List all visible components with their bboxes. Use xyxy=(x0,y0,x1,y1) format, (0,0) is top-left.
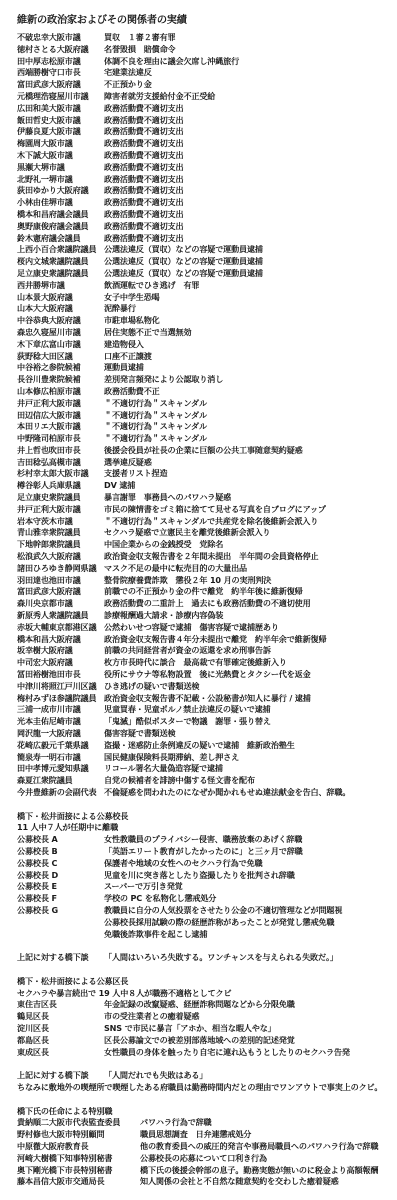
list-item: 鈴木憲府議会議員政務活動費不適切支出 xyxy=(17,233,393,245)
incident-description: 公選法違反（買収）などの容疑で運動員逮捕 xyxy=(104,256,393,268)
appointees-section: 橋下氏の任命による特別職 貴納順二大阪市代表監査委員パワハラ行為で辞職野村修也大… xyxy=(17,1106,393,1189)
incident-description: 年金記録の改竄疑惑、経歴詐称問題などから分限免職 xyxy=(104,999,393,1011)
list-item: 藤本昌信大阪市交通局長知人関係の会社と不自然な随意契約を交わした癒着疑惑 xyxy=(17,1176,393,1188)
incident-description: 運動員逮捕 xyxy=(104,362,393,374)
list-item: 梅園周大阪市議政務活動費不適切支出 xyxy=(17,138,393,150)
spacer xyxy=(17,940,393,952)
incident-description: 公選法違反（買収）などの容疑で運動員逮捕 xyxy=(104,268,393,280)
section-heading: 橋下氏の任命による特別職 xyxy=(17,1106,393,1118)
person-name: 足立康史衆議院議員 xyxy=(17,268,104,280)
page-title: 維新の政治家およびその関係者の実績 xyxy=(17,14,393,28)
incident-description: 泥酔暴行 xyxy=(104,303,393,315)
person-name: 荻田ゆかり大阪府議 xyxy=(17,185,104,197)
incident-description: DV 逮捕 xyxy=(104,480,393,492)
person-name: 富田武彦大阪府議 xyxy=(17,586,104,598)
incident-description: 市駐車場私物化 xyxy=(104,315,393,327)
person-name: 公募校長 E xyxy=(17,881,104,893)
person-name: 東成区長 xyxy=(17,1047,104,1059)
incident-description: 政務活動費不適切支出 xyxy=(104,209,393,221)
list-item: 公募校長 G教職員に自分の人気投票をさせたり公金の不適切管理などが問題視 xyxy=(17,905,393,917)
incident-description: 体調不良を理由に議会欠席し沖縄旅行 xyxy=(104,56,393,68)
list-item: 飯田哲史大阪市議政務活動費不適切支出 xyxy=(17,115,393,127)
person-name: 梅村みずほ参議院議員 xyxy=(17,693,104,705)
person-name: 公募校長 B xyxy=(17,846,104,858)
person-name: 淀川区長 xyxy=(17,1023,104,1035)
list-item: 足立康史衆院議員暴言謝罪 事務員へのパワハラ疑惑 xyxy=(17,492,393,504)
person-name: 森夏江衆院議員 xyxy=(17,775,104,787)
person-name: 中原徹大阪府教育長 xyxy=(17,1141,140,1153)
person-name: 今井豊維新の会副代表 xyxy=(17,787,104,799)
spacer xyxy=(17,964,393,976)
incident-description: 前職の共同経営者が資金の返還を求め刑事告訴 xyxy=(104,645,393,657)
list-item: 田辺信広大阪市議＂不適切行為＂スキャンダル xyxy=(17,410,393,422)
incident-description: 公選法違反（買収）などの容疑で運動員逮捕 xyxy=(104,244,393,256)
list-item: 桜内文城衆議院議員公選法違反（買収）などの容疑で運動員逮捕 xyxy=(17,256,393,268)
list-item: 花崎広毅元千葉県議盗撮・迷惑防止条例違反の疑いで逮捕 維新政治塾生 xyxy=(17,740,393,752)
person-name: 黒瀬大堺市議 xyxy=(17,162,104,174)
incident-description: 口座不正譲渡 xyxy=(104,351,393,363)
list-item: 中野隆司柏原市長＂不適切行為＂スキャンダル xyxy=(17,433,393,445)
incident-description: 女性職員の身体を触ったり自宅に連れ込もうとしたりのセクハラ告発 xyxy=(104,1047,393,1059)
person-name: 森川央京都市議 xyxy=(17,598,104,610)
list-item: 黒瀬大堺市議政務活動費不適切支出 xyxy=(17,162,393,174)
list-item: 野村修也大阪市特別顧問職員思想調査 日弁連懲戒処分 xyxy=(17,1129,393,1141)
politicians-list: 不破忠幸大阪市議買収 １審２審有罪徳村さとる大阪府議名誉毀損 賠償命令田中厚志松… xyxy=(17,32,393,799)
incident-description: 政務活動費不適切支出 xyxy=(104,126,393,138)
incident-description: 後援会役員が社長の企業に巨額の公共工事随意契約疑惑 xyxy=(104,445,393,457)
list-item: 木下章広富山市議建造物侵入 xyxy=(17,339,393,351)
incident-description: ＂不適切行為＂スキャンダル xyxy=(104,410,393,422)
list-item: 公募校長 D児童を川に突き落としたり盗撮したりを批判され辞職 xyxy=(17,870,393,882)
person-name: 杉村幸太郎大阪市議 xyxy=(17,468,104,480)
list-item: 中津川将照江戸川区議ひき逃げの疑いで書類送検 xyxy=(17,681,393,693)
person-name: 藤本昌信大阪市交通局長 xyxy=(17,1176,140,1188)
spacer xyxy=(17,799,393,811)
list-item: 伊藤良夏大阪市議政務活動費不適切支出 xyxy=(17,126,393,138)
list-item: 奥下剛光橋下市長特別秘書橋下氏の後援会幹部の息子。勤務実態が無いのに税金より高額… xyxy=(17,1165,393,1177)
list-item: 都島区長区長公募論文での被差別部落地域への差別的記述発覚 xyxy=(17,1035,393,1047)
person-name: 東住吉区長 xyxy=(17,999,104,1011)
person-name: 新原秀人衆議院議員 xyxy=(17,610,104,622)
person-name: 井戸正利大阪市議 xyxy=(17,398,104,410)
incident-description: 女子中学生恐喝 xyxy=(104,292,393,304)
list-item: 杉村幸太郎大阪市議支援者リスト捏造 xyxy=(17,468,393,480)
incident-description: 役所にサウナ等私物設置 後に光熱費とタクシー代を返金 xyxy=(104,669,393,681)
incident-description: 政務活動費不適切支出 xyxy=(104,103,393,115)
list-item: 諸田ひろゆき静岡県議マスク不足の最中に転売目的の大量出品 xyxy=(17,563,393,575)
person-name: 鶴見区長 xyxy=(17,1011,104,1023)
incident-description: 公募校長の応募について口利き行為 xyxy=(140,1153,393,1165)
section-heading: 橋下・松井面接による公募校長 xyxy=(17,811,393,823)
list-item: 山本大大阪府議泥酔暴行 xyxy=(17,303,393,315)
person-name: 河崎大樹橋下知事特別秘書 xyxy=(17,1153,140,1165)
person-name: 赤坂大輔東京都港区議 xyxy=(17,622,104,634)
incident-description: 職員思想調査 日弁連懲戒処分 xyxy=(140,1129,393,1141)
person-name: 花崎広毅元千葉県議 xyxy=(17,740,104,752)
person-name: 中野隆司柏原市長 xyxy=(17,433,104,445)
incident-description: 市の受注業者との癒着疑惑 xyxy=(104,1011,393,1023)
person-name: 羽田達也池田市議 xyxy=(17,575,104,587)
list-item: 山本景大阪府議女子中学生恐喝 xyxy=(17,292,393,304)
person-name xyxy=(17,917,104,929)
incident-description: リコール署名大量偽造容疑で逮捕 xyxy=(104,763,393,775)
incident-description: 政治資金収支報告書不記載・公設秘書が知人に暴行 / 逮捕 xyxy=(104,693,393,705)
list-item: 木下誠大阪市議政務活動費不適切支出 xyxy=(17,150,393,162)
list-item: 赤坂大輔東京都港区議公然わいせつ容疑で逮捕 傷害容疑で逮捕歴あり xyxy=(17,622,393,634)
list-item: 鶴見区長市の受注業者との癒着疑惑 xyxy=(17,1011,393,1023)
person-name: 公募校長 G xyxy=(17,905,104,917)
list-item: 中司宏大阪府議枚方市長時代に談合 最高裁で有罪確定後維新入り xyxy=(17,657,393,669)
incident-description: 選挙違反疑惑 xyxy=(104,457,393,469)
list-item: 中谷恭典大阪府議市駐車場私物化 xyxy=(17,315,393,327)
person-name: 下地幹郎衆院議員 xyxy=(17,539,104,551)
incident-description: 公然わいせつ容疑で逮捕 傷害容疑で逮捕歴あり xyxy=(104,622,393,634)
person-name: 山本景大阪府議 xyxy=(17,292,104,304)
list-item: 富田武彦大阪府議不正預かり金 xyxy=(17,79,393,91)
incident-description: ＂不適切行為＂スキャンダル xyxy=(104,421,393,433)
list-item: 本田リエ大阪市議＂不適切行為＂スキャンダル xyxy=(17,421,393,433)
section-heading: 橋下・松井面接による公募区長 xyxy=(17,976,393,988)
appointees-list: 貴納順二大阪市代表監査委員パワハラ行為で辞職野村修也大阪市特別顧問職員思想調査 … xyxy=(17,1117,393,1188)
comment-row: 上記に対する橋下談 「人間はいろいろ失敗する。ワンチャンスを与えられる失敗だ。」 xyxy=(17,952,393,964)
list-item: 中原徹大阪府教育長他の教育委員への威圧的発言や事務局職員へのパワハラ行為で辞職 xyxy=(17,1141,393,1153)
ward-chiefs-list: 東住吉区長年金記録の改竄疑惑、経歴詐称問題などから分限免職鶴見区長市の受注業者と… xyxy=(17,999,393,1058)
list-item: 橋本和昌大阪府議政治資金収支報告書４年分未提出で離党 約半年余で維新復帰 xyxy=(17,634,393,646)
list-item: 坂幸樹大阪府議前職の共同経営者が資金の返還を求め刑事告訴 xyxy=(17,645,393,657)
list-item: 中谷裕之参院候補運動員逮捕 xyxy=(17,362,393,374)
incident-description: 知人関係の会社と不自然な随意契約を交わした癒着疑惑 xyxy=(140,1176,393,1188)
person-name: 奥野康俊府議会議員 xyxy=(17,221,104,233)
list-item: 田中孝博元愛知県議リコール署名大量偽造容疑で逮捕 xyxy=(17,763,393,775)
person-name: 小林由佳堺市議 xyxy=(17,197,104,209)
list-item: 荻野稔大田区議口座不正譲渡 xyxy=(17,351,393,363)
person-name: 桜内文城衆議院議員 xyxy=(17,256,104,268)
person-name: 徳村さとる大阪府議 xyxy=(17,44,104,56)
incident-description: 児童買春・児童ポルノ禁止法違反の疑いで逮捕 xyxy=(104,704,393,716)
incident-description: セクハラ疑惑で立憲民主を離党後維新会派入り xyxy=(104,527,393,539)
person-name: 西井勝堺市議 xyxy=(17,280,104,292)
incident-description: 「英語エリート教育がしたかったのに」と三ヶ月で辞職 xyxy=(104,846,393,858)
incident-description: 中国企業からの金銭授受 党除名 xyxy=(104,539,393,551)
incident-description: 前職での不正預かり金の件で離党 約半年後に維新復帰 xyxy=(104,586,393,598)
person-name: 荻野稔大田区議 xyxy=(17,351,104,363)
list-item: 広田和美大阪市議政務活動費不適切支出 xyxy=(17,103,393,115)
list-item: 吉田稔弘高槻市議選挙違反疑惑 xyxy=(17,457,393,469)
person-name: 坂幸樹大阪府議 xyxy=(17,645,104,657)
incident-description: マスク不足の最中に転売目的の大量出品 xyxy=(104,563,393,575)
list-item: 貴納順二大阪市代表監査委員パワハラ行為で辞職 xyxy=(17,1117,393,1129)
list-item: 森川央京都市議政務活動費の二重計上 過去にも政務活動費の不適切使用 xyxy=(17,598,393,610)
list-item: 東成区長女性職員の身体を触ったり自宅に連れ込もうとしたりのセクハラ告発 xyxy=(17,1047,393,1059)
person-name: 鈴木憲府議会議員 xyxy=(17,233,104,245)
person-name: 中津川将照江戸川区議 xyxy=(17,681,104,693)
incident-description: 政務活動費不適切支出 xyxy=(104,174,393,186)
comment-label: 上記に対する橋下談 xyxy=(17,1070,104,1082)
incident-description: 政務活動費不正 xyxy=(104,386,393,398)
person-name: 公募校長 C xyxy=(17,858,104,870)
list-item: 青山雅幸衆院議員セクハラ疑惑で立憲民主を離党後維新会派入り xyxy=(17,527,393,539)
person-name: 富田武彦大阪府議 xyxy=(17,79,104,91)
list-item: 公募校長 Eスーパーで万引き発覚 xyxy=(17,881,393,893)
person-name: 橋本和昌大阪府議 xyxy=(17,634,104,646)
list-item: 荻田ゆかり大阪府議政務活動費不適切支出 xyxy=(17,185,393,197)
person-name: 森忠久寝屋川市議 xyxy=(17,327,104,339)
incident-description: 児童を川に突き落としたり盗撮したりを批判され辞職 xyxy=(104,870,393,882)
incident-description: 政治資金収支報告書４年分未提出で離党 約半年余で維新復帰 xyxy=(104,634,393,646)
list-item: 西井勝堺市議飲酒運転でひき逃げ 有罪 xyxy=(17,280,393,292)
person-name: 木下誠大阪市議 xyxy=(17,150,104,162)
person-name: 不破忠幸大阪市議 xyxy=(17,32,104,44)
list-item: 河崎大樹橋下知事特別秘書公募校長の応募について口利き行為 xyxy=(17,1153,393,1165)
principals-section: 橋下・松井面接による公募校長 11 人中７人が任期中に離職 公募校長 A女性教職… xyxy=(17,811,393,964)
incident-description: ＂不適切行為＂スキャンダル xyxy=(104,433,393,445)
person-name: 田中孝博元愛知県議 xyxy=(17,763,104,775)
incident-description: SNS で市民に暴言「アホか、相当な暇人やな」 xyxy=(104,1023,393,1035)
person-name: 元橋理浩寝屋川市議 xyxy=(17,91,104,103)
list-item: 羽田達也池田市議整骨院療養費詐欺 懲役２年 10 月の実刑判決 xyxy=(17,575,393,587)
person-name: 三浦一成市川市議 xyxy=(17,704,104,716)
incident-description: スーパーで万引き発覚 xyxy=(104,881,393,893)
person-name xyxy=(17,929,104,941)
list-item: 三浦一成市川市議児童買春・児童ポルノ禁止法違反の疑いで逮捕 xyxy=(17,704,393,716)
person-name: 冨田裕樹池田市長 xyxy=(17,669,104,681)
incident-description: 政務活動費の二重計上 過去にも政務活動費の不適切使用 xyxy=(104,598,393,610)
person-name: 広田和美大阪市議 xyxy=(17,103,104,115)
list-item: 田中厚志松原市議体調不良を理由に議会欠席し沖縄旅行 xyxy=(17,56,393,68)
list-item: 井戸正利大阪市議＂不適切行為＂スキャンダル xyxy=(17,398,393,410)
list-item: 北野礼一堺市議政務活動費不適切支出 xyxy=(17,174,393,186)
list-item: 淀川区長SNS で市民に暴言「アホか、相当な暇人やな」 xyxy=(17,1023,393,1035)
incident-description: 整骨院療養費詐欺 懲役２年 10 月の実刑判決 xyxy=(104,575,393,587)
list-item: 西端勝樹守口市長宅建業法違反 xyxy=(17,67,393,79)
comment-quote: 「人間だれでも失敗はある」 xyxy=(104,1070,393,1082)
person-name: 山本修広柏原市議 xyxy=(17,386,104,398)
list-item: 東住吉区長年金記録の改竄疑惑、経歴詐称問題などから分限免職 xyxy=(17,999,393,1011)
list-item: 公募校長採用試験の際の経歴詐称があったことが発覚し懲戒免職 xyxy=(17,917,393,929)
incident-description: 盗撮・迷惑防止条例違反の疑いで逮捕 維新政治塾生 xyxy=(104,740,393,752)
incident-description: 枚方市長時代に談合 最高裁で有罪確定後維新入り xyxy=(104,657,393,669)
person-name: 野村修也大阪市特別顧問 xyxy=(17,1129,140,1141)
incident-description: 傷害容疑で書類送検 xyxy=(104,728,393,740)
person-name: 本田リエ大阪市議 xyxy=(17,421,104,433)
list-item: 不破忠幸大阪市議買収 １審２審有罪 xyxy=(17,32,393,44)
person-name: 田辺信広大阪市議 xyxy=(17,410,104,422)
list-item: 足立康史衆議院議員公選法違反（買収）などの容疑で運動員逮捕 xyxy=(17,268,393,280)
incident-description: 政務活動費不適切支出 xyxy=(104,115,393,127)
person-name: 中谷恭典大阪府議 xyxy=(17,315,104,327)
incident-description: 公募校長採用試験の際の経歴詐称があったことが発覚し懲戒免職 xyxy=(104,917,393,929)
list-item: 樽谷彰人兵庫県議DV 逮捕 xyxy=(17,480,393,492)
principals-list: 公募校長 A女性教職員のプライバシー侵害、職務放棄のあげく辞職公募校長 B「英語… xyxy=(17,834,393,940)
person-name: 都島区長 xyxy=(17,1035,104,1047)
list-item: 公募校長 F学校の PC を私物化し懲戒処分 xyxy=(17,893,393,905)
list-item: 小林由佳堺市議政務活動費不適切支出 xyxy=(17,197,393,209)
person-name: 橋本和昌府議会議員 xyxy=(17,209,104,221)
incident-description: 政務活動費不適切支出 xyxy=(104,233,393,245)
person-name: 青山雅幸衆院議員 xyxy=(17,527,104,539)
list-item: 梅村みずほ参議院議員政治資金収支報告書不記載・公設秘書が知人に暴行 / 逮捕 xyxy=(17,693,393,705)
incident-description: 買収 １審２審有罪 xyxy=(104,32,393,44)
comment-row: 上記に対する橋下談 「人間だれでも失敗はある」 xyxy=(17,1070,393,1082)
list-item: 徳村さとる大阪府議名誉毀損 賠償命令 xyxy=(17,44,393,56)
person-name: 山本大大阪府議 xyxy=(17,303,104,315)
list-item: 富田武彦大阪府議前職での不正預かり金の件で離党 約半年後に維新復帰 xyxy=(17,586,393,598)
incident-description: ＂不適切行為＂スキャンダルで共産党を除名後維新会派入り xyxy=(104,516,393,528)
list-item: 森夏江衆院議員自党の候補者を誹謗中傷する怪文書を配布 xyxy=(17,775,393,787)
section-subheading: 11 人中７人が任期中に離職 xyxy=(17,822,393,834)
incident-description: 政務活動費不適切支出 xyxy=(104,150,393,162)
list-item: 公募校長 A女性教職員のプライバシー侵害、職務放棄のあげく辞職 xyxy=(17,834,393,846)
incident-description: 保護者や地域の女性へのセクハラ行為で免職 xyxy=(104,858,393,870)
person-name: 中谷裕之参院候補 xyxy=(17,362,104,374)
spacer xyxy=(17,1058,393,1070)
list-item: 簡泉寿一明石市議国民健康保険料長期滞納、差し押さえ xyxy=(17,752,393,764)
person-name: 井戸正利大阪市議 xyxy=(17,504,104,516)
person-name: 長谷川豊衆院候補 xyxy=(17,374,104,386)
incident-description: 支援者リスト捏造 xyxy=(104,468,393,480)
person-name: 北野礼一堺市議 xyxy=(17,174,104,186)
incident-description: 政務活動費不適切支出 xyxy=(104,185,393,197)
person-name: 木下章広富山市議 xyxy=(17,339,104,351)
list-item: 長谷川豊衆院候補差別発言頻発により公認取り消し xyxy=(17,374,393,386)
list-item: 上西小百合衆議院議員公選法違反（買収）などの容疑で運動員逮捕 xyxy=(17,244,393,256)
person-name: 公募校長 F xyxy=(17,893,104,905)
person-name: 西端勝樹守口市長 xyxy=(17,67,104,79)
person-name: 奥下剛光橋下市長特別秘書 xyxy=(17,1165,140,1177)
comment-label: 上記に対する橋下談 xyxy=(17,952,104,964)
incident-description: 政務活動費不適切支出 xyxy=(104,197,393,209)
incident-description: 他の教育委員への威圧的発言や事務局職員へのパワハラ行為で辞職 xyxy=(140,1141,393,1153)
document: 維新の政治家およびその関係者の実績 不破忠幸大阪市議買収 １審２審有罪徳村さとる… xyxy=(17,14,393,1188)
comment-quote: 「人間はいろいろ失敗する。ワンチャンスを与えられる失敗だ。」 xyxy=(104,952,393,964)
person-name: 上西小百合衆議院議員 xyxy=(17,244,104,256)
list-item: 森忠久寝屋川市議居住実態不正で当選無効 xyxy=(17,327,393,339)
incident-description: パワハラ行為で辞職 xyxy=(140,1117,393,1129)
list-item: 奥野康俊府議会議員政務活動費不適切支出 xyxy=(17,221,393,233)
incident-description: 障害者就労支援給付金不正受給 xyxy=(104,91,393,103)
person-name: 中司宏大阪府議 xyxy=(17,657,104,669)
list-item: 新原秀人衆議院議員診療報酬過大請求・診療内容偽装 xyxy=(17,610,393,622)
incident-description: 居住実態不正で当選無効 xyxy=(104,327,393,339)
person-name: 岡沢龍一大阪府議 xyxy=(17,728,104,740)
person-name: 井上哲也吹田市長 xyxy=(17,445,104,457)
person-name: 飯田哲史大阪市議 xyxy=(17,115,104,127)
incident-description: 政務活動費不適切支出 xyxy=(104,221,393,233)
person-name: 足立康史衆院議員 xyxy=(17,492,104,504)
person-name: 樽谷彰人兵庫県議 xyxy=(17,480,104,492)
list-item: 冨田裕樹池田市長役所にサウナ等私物設置 後に光熱費とタクシー代を返金 xyxy=(17,669,393,681)
list-item: 岩本守茨木市議＂不適切行為＂スキャンダルで共産党を除名後維新会派入り xyxy=(17,516,393,528)
person-name: 田中厚志松原市議 xyxy=(17,56,104,68)
list-item: 免職後詐欺事件を起こし逮捕 xyxy=(17,929,393,941)
list-item: 松浪武久大阪府議政治資金収支報告書を２年間未提出 半年間の会員資格停止 xyxy=(17,551,393,563)
incident-description: 自党の候補者を誹謗中傷する怪文書を配布 xyxy=(104,775,393,787)
list-item: 下地幹郎衆院議員中国企業からの金銭授受 党除名 xyxy=(17,539,393,551)
incident-description: 不倫疑惑を問われたのになぜか聞かれもせぬ違法献金を告白、辞職。 xyxy=(104,787,393,799)
list-item: 橋本和昌府議会議員政務活動費不適切支出 xyxy=(17,209,393,221)
incident-description: 政務活動費不適切支出 xyxy=(104,162,393,174)
person-name: 諸田ひろゆき静岡県議 xyxy=(17,563,104,575)
incident-description: 免職後詐欺事件を起こし逮捕 xyxy=(104,929,393,941)
person-name: 伊藤良夏大阪市議 xyxy=(17,126,104,138)
incident-description: ひき逃げの疑いで書類送検 xyxy=(104,681,393,693)
person-name: 岩本守茨木市議 xyxy=(17,516,104,528)
list-item: 山本修広柏原市議政務活動費不正 xyxy=(17,386,393,398)
list-item: 公募校長 C保護者や地域の女性へのセクハラ行為で免職 xyxy=(17,858,393,870)
incident-description: 政務活動費不適切支出 xyxy=(104,138,393,150)
list-item: 井上哲也吹田市長後援会役員が社長の企業に巨額の公共工事随意契約疑惑 xyxy=(17,445,393,457)
incident-description: 暴言謝罪 事務員へのパワハラ疑惑 xyxy=(104,492,393,504)
incident-description: 区長公募論文での被差別部落地域への差別的記述発覚 xyxy=(104,1035,393,1047)
list-item: 岡沢龍一大阪府議傷害容疑で書類送検 xyxy=(17,728,393,740)
incident-description: ＂不適切行為＂スキャンダル xyxy=(104,398,393,410)
section-note: ちなみに敷地外の喫煙所で喫煙したある府職員は勤務時間内だとの理由でワンアウトで事… xyxy=(17,1082,393,1094)
incident-description: 国民健康保険料長期滞納、差し押さえ xyxy=(104,752,393,764)
person-name: 松浪武久大阪府議 xyxy=(17,551,104,563)
person-name: 公募校長 A xyxy=(17,834,104,846)
person-name: 貴納順二大阪市代表監査委員 xyxy=(17,1117,140,1129)
incident-description: 政治資金収支報告書を２年間未提出 半年間の会員資格停止 xyxy=(104,551,393,563)
incident-description: 差別発言頻発により公認取り消し xyxy=(104,374,393,386)
list-item: 今井豊維新の会副代表不倫疑惑を問われたのになぜか聞かれもせぬ違法献金を告白、辞職… xyxy=(17,787,393,799)
incident-description: 診療報酬過大請求・診療内容偽装 xyxy=(104,610,393,622)
incident-description: 教職員に自分の人気投票をさせたり公金の不適切管理などが問題視 xyxy=(104,905,393,917)
ward-chiefs-section: 橋下・松井面接による公募区長 セクハラや暴言続出で 19 人中８人が職務不適格と… xyxy=(17,976,393,1094)
person-name: 梅園周大阪市議 xyxy=(17,138,104,150)
incident-description: 学校の PC を私物化し懲戒処分 xyxy=(104,893,393,905)
incident-description: 「鬼滅」酷似ポスターで物議 謝罪・張り替え xyxy=(104,716,393,728)
section-subheading: セクハラや暴言続出で 19 人中８人が職務不適格としてクビ xyxy=(17,988,393,1000)
person-name: 光本圭佑尼崎市議 xyxy=(17,716,104,728)
incident-description: 名誉毀損 賠償命令 xyxy=(104,44,393,56)
list-item: 公募校長 B「英語エリート教育がしたかったのに」と三ヶ月で辞職 xyxy=(17,846,393,858)
incident-description: 飲酒運転でひき逃げ 有罪 xyxy=(104,280,393,292)
list-item: 元橋理浩寝屋川市議障害者就労支援給付金不正受給 xyxy=(17,91,393,103)
person-name: 簡泉寿一明石市議 xyxy=(17,752,104,764)
incident-description: 女性教職員のプライバシー侵害、職務放棄のあげく辞職 xyxy=(104,834,393,846)
incident-description: 橋下氏の後援会幹部の息子。勤務実態が無いのに税金より高額報酬 xyxy=(140,1165,393,1177)
incident-description: 宅建業法違反 xyxy=(104,67,393,79)
incident-description: 不正預かり金 xyxy=(104,79,393,91)
person-name: 公募校長 D xyxy=(17,870,104,882)
list-item: 井戸正利大阪市議市民の陳情書をゴミ箱に捨てて見せる写真を自ブログにアップ xyxy=(17,504,393,516)
person-name: 吉田稔弘高槻市議 xyxy=(17,457,104,469)
incident-description: 市民の陳情書をゴミ箱に捨てて見せる写真を自ブログにアップ xyxy=(104,504,393,516)
spacer xyxy=(17,1094,393,1106)
incident-description: 建造物侵入 xyxy=(104,339,393,351)
list-item: 光本圭佑尼崎市議「鬼滅」酷似ポスターで物議 謝罪・張り替え xyxy=(17,716,393,728)
